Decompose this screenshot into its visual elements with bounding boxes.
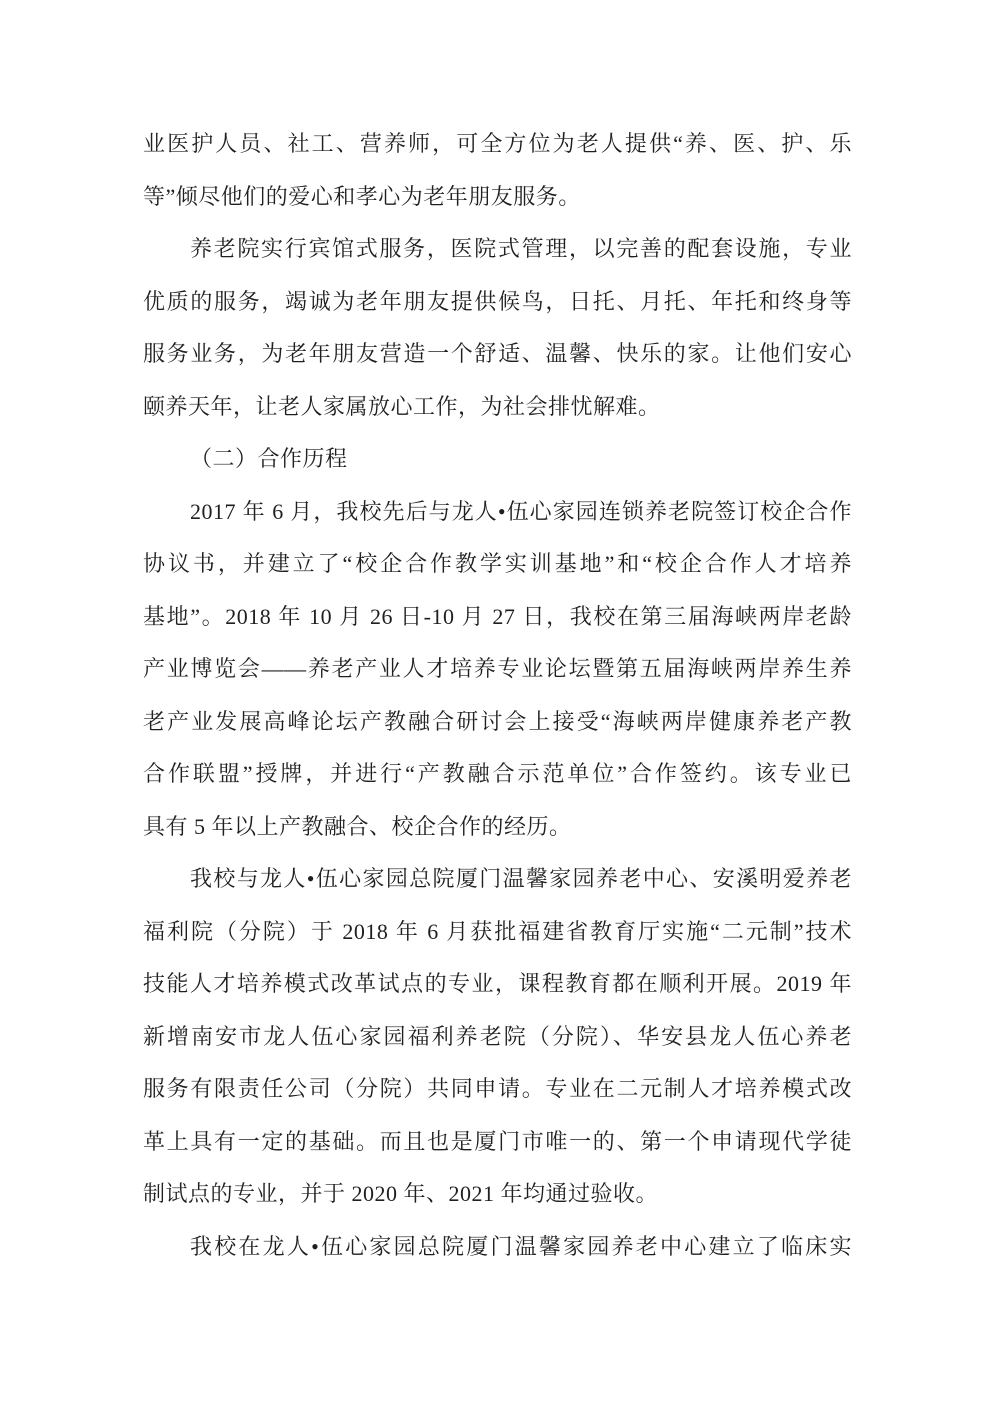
text-line: 优质的服务，竭诚为老年朋友提供候鸟，日托、月托、年托和终身等 bbox=[143, 276, 852, 329]
section-heading-cooperation-history: （二）合作历程 bbox=[143, 433, 852, 486]
text-line: 制试点的专业，并于 2020 年、2021 年均通过验收。 bbox=[143, 1168, 852, 1221]
text-line: 基地”。2018 年 10 月 26 日-10 月 27 日，我校在第三届海峡两… bbox=[143, 591, 852, 644]
text-line: 2017 年 6 月，我校先后与龙人•伍心家园连锁养老院签订校企合作 bbox=[143, 486, 852, 539]
text-line: 福利院（分院）于 2018 年 6 月获批福建省教育厅实施“二元制”技术 bbox=[143, 906, 852, 959]
text-line: 我校与龙人•伍心家园总院厦门温馨家园养老中心、安溪明爱养老 bbox=[143, 853, 852, 906]
paragraph-staff-continuation: 业医护人员、社工、营养师，可全方位为老人提供“养、医、护、乐等”倾尽他们的爱心和… bbox=[143, 118, 852, 223]
paragraph-cooperation-2017: 2017 年 6 月，我校先后与龙人•伍心家园连锁养老院签订校企合作协议书，并建… bbox=[143, 486, 852, 854]
text-line: 服务业务，为老年朋友营造一个舒适、温馨、快乐的家。让他们安心 bbox=[143, 328, 852, 381]
text-line: 服务有限责任公司（分院）共同申请。专业在二元制人才培养模式改 bbox=[143, 1063, 852, 1116]
text-line: 产业博览会——养老产业人才培养专业论坛暨第五届海峡两岸养生养 bbox=[143, 643, 852, 696]
text-line: 我校在龙人•伍心家园总院厦门温馨家园养老中心建立了临床实 bbox=[143, 1221, 852, 1274]
text-line: 合作联盟”授牌，并进行“产教融合示范单位”合作签约。该专业已 bbox=[143, 748, 852, 801]
text-line: 等”倾尽他们的爱心和孝心为老年朋友服务。 bbox=[143, 171, 852, 224]
text-line: 革上具有一定的基础。而且也是厦门市唯一的、第一个申请现代学徒 bbox=[143, 1116, 852, 1169]
text-line: 颐养天年，让老人家属放心工作，为社会排忧解难。 bbox=[143, 381, 852, 434]
text-line: 技能人才培养模式改革试点的专业，课程教育都在顺利开展。2019 年 bbox=[143, 958, 852, 1011]
paragraph-services: 养老院实行宾馆式服务，医院式管理，以完善的配套设施，专业优质的服务，竭诚为老年朋… bbox=[143, 223, 852, 433]
paragraph-clinical-base: 我校在龙人•伍心家园总院厦门温馨家园养老中心建立了临床实 bbox=[143, 1221, 852, 1274]
text-line: 具有 5 年以上产教融合、校企合作的经历。 bbox=[143, 801, 852, 854]
document-page: 业医护人员、社工、营养师，可全方位为老人提供“养、医、护、乐等”倾尽他们的爱心和… bbox=[0, 0, 992, 1403]
text-line: 协议书，并建立了“校企合作教学实训基地”和“校企合作人才培养 bbox=[143, 538, 852, 591]
paragraph-dual-system-pilot: 我校与龙人•伍心家园总院厦门温馨家园养老中心、安溪明爱养老福利院（分院）于 20… bbox=[143, 853, 852, 1221]
text-line: 业医护人员、社工、营养师，可全方位为老人提供“养、医、护、乐 bbox=[143, 118, 852, 171]
text-line: 养老院实行宾馆式服务，医院式管理，以完善的配套设施，专业 bbox=[143, 223, 852, 276]
document-body: 业医护人员、社工、营养师，可全方位为老人提供“养、医、护、乐等”倾尽他们的爱心和… bbox=[143, 118, 852, 1273]
section-heading: （二）合作历程 bbox=[143, 433, 852, 486]
text-line: 新增南安市龙人伍心家园福利养老院（分院）、华安县龙人伍心养老 bbox=[143, 1011, 852, 1064]
text-line: 老产业发展高峰论坛产教融合研讨会上接受“海峡两岸健康养老产教 bbox=[143, 696, 852, 749]
